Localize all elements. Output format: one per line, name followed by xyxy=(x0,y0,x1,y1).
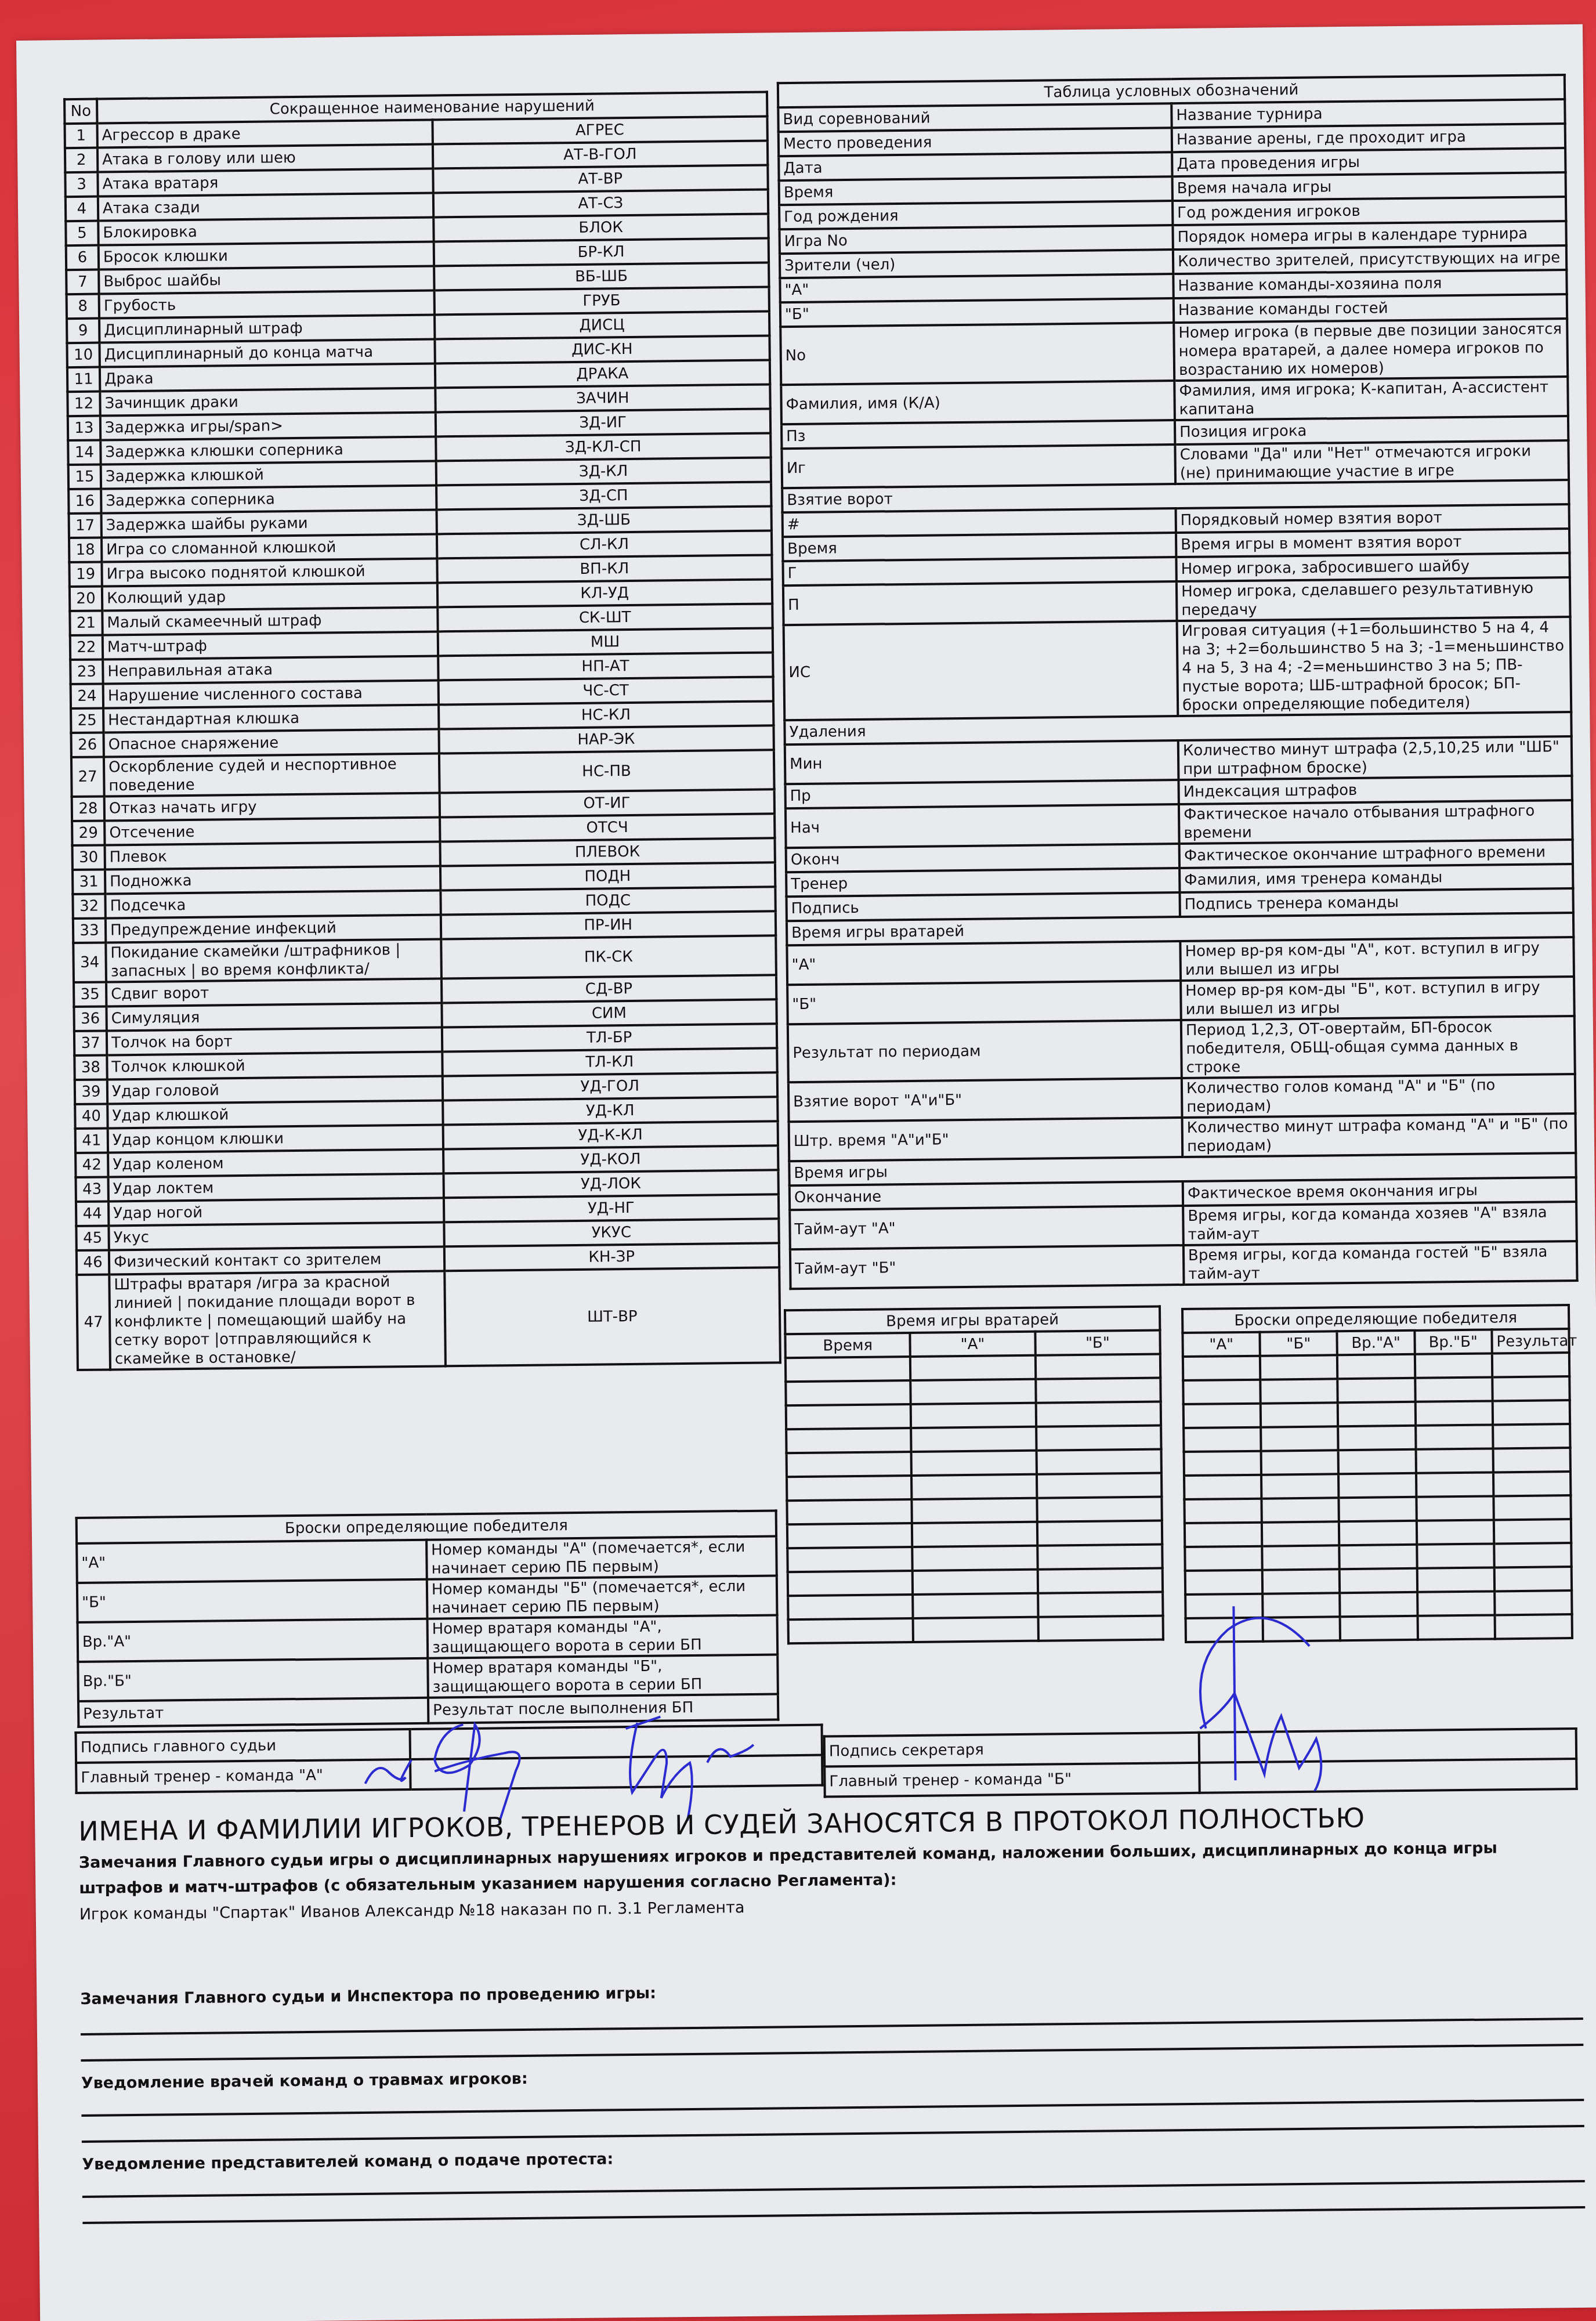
grid-cell[interactable] xyxy=(1340,1592,1418,1617)
grid-row xyxy=(786,1425,1161,1453)
grid-cell[interactable] xyxy=(1185,1594,1263,1618)
violation-number: 21 xyxy=(70,611,102,636)
grid-cell[interactable] xyxy=(1183,1356,1261,1380)
column-header: "Б" xyxy=(1035,1330,1160,1355)
legend-value: Количество минут штрафа (2,5,10,25 или "… xyxy=(1178,736,1572,780)
grid-cell[interactable] xyxy=(1415,1377,1493,1401)
violation-name: Подножка xyxy=(105,866,440,894)
violation-name: Задержка клюшки соперника xyxy=(100,436,436,464)
violation-name: Атака сзади xyxy=(98,193,433,220)
grid-cell[interactable] xyxy=(913,1546,1038,1571)
violation-code: ПОДН xyxy=(440,862,775,890)
grid-row xyxy=(788,1568,1163,1596)
violation-number: 6 xyxy=(66,245,99,270)
legend-table: Таблица условных обозначений Вид соревно… xyxy=(777,74,1579,1290)
grid-row xyxy=(1184,1424,1570,1452)
violation-code: АТ-СЗ xyxy=(433,189,768,217)
goalie-time-title: Время игры вратарей xyxy=(785,1306,1160,1334)
legend-key: Подпись xyxy=(787,892,1180,921)
grid-cell[interactable] xyxy=(1493,1472,1571,1496)
legend-value: Порядок номера игры в календаре турнира xyxy=(1172,221,1566,250)
legend-value: Номер вр-ря ком-ды "Б", кот. вступил в и… xyxy=(1181,977,1575,1020)
violation-name: Дисциплинарный до конца матча xyxy=(99,339,435,367)
violation-code: ОТСЧ xyxy=(440,814,775,841)
column-header: "Б" xyxy=(1260,1331,1338,1355)
violation-number: 32 xyxy=(73,894,105,919)
legend-value: Период 1,2,3, ОТ-овертайм, БП-бросок поб… xyxy=(1181,1016,1575,1078)
violation-name: Сдвиг ворот xyxy=(106,978,441,1006)
violation-number: 27 xyxy=(71,757,104,797)
grid-row xyxy=(1184,1400,1570,1428)
grid-cell[interactable] xyxy=(1261,1474,1339,1498)
grid-cell[interactable] xyxy=(1494,1614,1572,1639)
grid-cell[interactable] xyxy=(786,1428,911,1453)
grid-cell[interactable] xyxy=(1416,1425,1493,1449)
grid-cell[interactable] xyxy=(1337,1354,1415,1379)
legend-key: Фамилия, имя (К/А) xyxy=(781,381,1175,424)
violation-name: Выброс шайбы xyxy=(99,266,434,294)
violation-name: Неправильная атака xyxy=(103,656,438,684)
grid-cell[interactable] xyxy=(1262,1521,1340,1546)
grid-cell[interactable] xyxy=(787,1499,912,1524)
violation-name: Подсечка xyxy=(105,890,440,918)
grid-cell[interactable] xyxy=(1416,1448,1493,1473)
violation-name: Колющий удар xyxy=(102,583,437,610)
violation-number: 44 xyxy=(76,1201,108,1226)
legend-value: Фактическое время окончания игры xyxy=(1183,1177,1576,1206)
grid-row xyxy=(787,1449,1161,1477)
grid-cell[interactable] xyxy=(1339,1497,1417,1521)
grid-cell[interactable] xyxy=(1494,1590,1572,1615)
violation-name: Нарушение численного состава xyxy=(103,680,439,708)
grid-cell[interactable] xyxy=(786,1380,911,1405)
violation-name: Игра высоко поднятой клюшкой xyxy=(102,558,437,586)
legend-value: Номер игрока, сделавшего результативную … xyxy=(1177,577,1570,621)
grid-cell[interactable] xyxy=(1260,1355,1338,1379)
grid-cell[interactable] xyxy=(1262,1498,1340,1522)
grid-row xyxy=(1184,1495,1570,1523)
grid-cell[interactable] xyxy=(1184,1475,1262,1499)
grid-cell[interactable] xyxy=(786,1357,911,1382)
grid-cell[interactable] xyxy=(1416,1496,1494,1520)
grid-cell[interactable] xyxy=(912,1498,1037,1523)
violation-name: Удар головой xyxy=(107,1076,443,1104)
violation-code: УКУС xyxy=(444,1219,779,1246)
violation-number: 37 xyxy=(74,1031,107,1055)
grid-cell[interactable] xyxy=(1340,1616,1418,1640)
shootout-legend-value: Результат после выполнения БП xyxy=(428,1694,778,1723)
head-referee-label: Подпись главного судьи xyxy=(76,1729,411,1763)
violation-number: 7 xyxy=(66,270,99,295)
goalie-time-table: Время игры вратарей Время"А""Б" xyxy=(784,1305,1164,1644)
violation-row: 34Покидание скамейки /штрафников | запас… xyxy=(73,935,776,982)
grid-cell[interactable] xyxy=(1493,1424,1570,1448)
violation-number: 34 xyxy=(73,942,106,982)
violation-name: Толчок на борт xyxy=(107,1027,442,1055)
inspector-remarks-line-1[interactable] xyxy=(81,2018,1583,2036)
violation-name: Матч-штраф xyxy=(103,631,438,659)
violation-name: Задержка соперника xyxy=(101,485,436,513)
grid-cell[interactable] xyxy=(1262,1569,1340,1593)
grid-cell[interactable] xyxy=(911,1427,1036,1452)
grid-row xyxy=(787,1496,1161,1524)
grid-cell[interactable] xyxy=(1415,1401,1493,1425)
violation-code: ТЛ-КЛ xyxy=(442,1048,777,1076)
violation-row: 27Оскорбление судей и неспортивное повед… xyxy=(71,750,775,797)
secretary-label: Подпись секретаря xyxy=(824,1733,1200,1767)
grid-cell[interactable] xyxy=(1260,1379,1338,1403)
grid-cell[interactable] xyxy=(911,1451,1037,1476)
grid-cell[interactable] xyxy=(788,1618,914,1643)
grid-cell[interactable] xyxy=(1036,1401,1161,1426)
grid-row xyxy=(786,1354,1160,1382)
column-header: Вр."Б" xyxy=(1414,1329,1492,1354)
legend-value: Порядковый номер взятия ворот xyxy=(1176,504,1569,533)
grid-cell[interactable] xyxy=(1261,1426,1338,1451)
grid-cell[interactable] xyxy=(1037,1520,1162,1545)
grid-cell[interactable] xyxy=(911,1403,1036,1428)
grid-cell[interactable] xyxy=(912,1522,1037,1547)
grid-cell[interactable] xyxy=(1493,1448,1570,1472)
grid-cell[interactable] xyxy=(1339,1521,1417,1545)
grid-cell[interactable] xyxy=(1492,1400,1570,1425)
violation-number: 15 xyxy=(68,465,101,490)
grid-cell[interactable] xyxy=(1340,1545,1417,1569)
grid-cell[interactable] xyxy=(1185,1570,1263,1595)
violation-code: СЛ-КЛ xyxy=(436,530,772,558)
grid-cell[interactable] xyxy=(1038,1615,1163,1640)
grid-cell[interactable] xyxy=(1338,1473,1416,1498)
grid-cell[interactable] xyxy=(1037,1568,1163,1593)
violation-code: УД-КОЛ xyxy=(443,1145,779,1173)
grid-cell[interactable] xyxy=(1184,1499,1262,1523)
violation-number: 38 xyxy=(74,1055,107,1080)
protest-line-1[interactable] xyxy=(82,2180,1585,2198)
grid-cell[interactable] xyxy=(1417,1567,1494,1592)
violation-number: 16 xyxy=(68,489,101,514)
grid-cell[interactable] xyxy=(1036,1449,1161,1474)
violation-number: 2 xyxy=(65,148,97,173)
grid-cell[interactable] xyxy=(1183,1380,1261,1404)
violation-code: ЗД-КЛ-СП xyxy=(436,433,771,461)
secretary-signature-field[interactable] xyxy=(1199,1729,1577,1763)
legend-value: Номер игрока (в первые две позиции занос… xyxy=(1174,319,1568,381)
grid-row xyxy=(1184,1448,1570,1476)
legend-value: Фактическое окончание штрафного времени xyxy=(1179,840,1573,868)
coach-a-signature-field[interactable] xyxy=(410,1755,823,1789)
injuries-heading: Уведомление врачей команд о травмах игро… xyxy=(81,2055,1566,2096)
violation-code: УД-НГ xyxy=(443,1194,779,1222)
grid-cell[interactable] xyxy=(1035,1354,1160,1379)
legend-value: Словами "Да" или "Нет" отмечаются игроки… xyxy=(1175,440,1569,484)
grid-row xyxy=(787,1544,1162,1572)
violation-code: НС-КЛ xyxy=(439,701,774,729)
violation-code: ЗД-ИГ xyxy=(435,408,770,436)
grid-cell[interactable] xyxy=(911,1379,1036,1404)
legend-value: Подпись тренера команды xyxy=(1179,888,1573,917)
legend-key: Время xyxy=(779,176,1172,205)
violation-number: 12 xyxy=(67,392,100,417)
grid-cell[interactable] xyxy=(1185,1546,1262,1571)
violation-number: 8 xyxy=(67,294,99,319)
violation-name: Атака вратаря xyxy=(97,168,433,196)
violation-code: МШ xyxy=(437,628,773,656)
legend-value: Позиция игрока xyxy=(1175,416,1568,444)
legend-value: Количество зрителей, присутствующих на и… xyxy=(1173,245,1566,274)
violation-code: СК-ШТ xyxy=(437,603,773,631)
violation-code: ЗД-КЛ xyxy=(436,457,771,485)
legend-value: Время игры, когда команда хозяев "А" взя… xyxy=(1183,1202,1577,1245)
legend-key: Нач xyxy=(786,804,1179,848)
violation-code: СД-ВР xyxy=(441,975,776,1003)
shootout-legend-row: "Б"Номер команды "Б" (помечается*, если … xyxy=(77,1575,777,1622)
violation-name: Нестандартная клюшка xyxy=(103,704,439,732)
violation-code: ШТ-ВР xyxy=(444,1267,780,1366)
violation-name: Отсечение xyxy=(104,817,440,845)
grid-row xyxy=(1185,1519,1571,1547)
grid-row xyxy=(1186,1614,1572,1642)
legend-key: Время xyxy=(783,533,1176,561)
legend-value: Фактическое начало отбывания штрафного в… xyxy=(1179,800,1573,844)
grid-cell[interactable] xyxy=(1261,1450,1339,1474)
shootout-legend-row: Вр."Б"Номер вратаря команды "Б", защищаю… xyxy=(78,1654,778,1701)
violation-name: Удар клюшкой xyxy=(107,1100,443,1128)
violation-number: 26 xyxy=(71,732,103,757)
legend-key: Оконч xyxy=(786,844,1179,872)
grid-cell[interactable] xyxy=(913,1617,1038,1642)
grid-cell[interactable] xyxy=(1338,1426,1416,1450)
legend-key: Результат по периодам xyxy=(788,1020,1182,1082)
violation-number: 39 xyxy=(75,1079,107,1104)
violation-code: ЗД-СП xyxy=(436,482,772,509)
violation-name: Удар локтем xyxy=(108,1173,444,1201)
legend-value: Количество минут штрафа команд "А" и "Б"… xyxy=(1182,1113,1576,1157)
violation-number: 14 xyxy=(68,440,100,465)
grid-cell[interactable] xyxy=(1037,1544,1163,1569)
grid-cell[interactable] xyxy=(1036,1425,1161,1450)
violation-code: ДРАКА xyxy=(435,360,770,388)
violation-number: 18 xyxy=(69,538,102,563)
discipline-remarks-entry[interactable]: Игрок команды "Спартак" Иванов Александр… xyxy=(79,1899,745,1924)
violation-code: АТ-ВР xyxy=(433,165,768,193)
violation-name: Зачинщик драки xyxy=(100,388,435,415)
grid-row xyxy=(1185,1590,1572,1618)
violation-number: 9 xyxy=(67,319,99,344)
grid-cell[interactable] xyxy=(1036,1378,1161,1402)
grid-cell[interactable] xyxy=(910,1355,1036,1380)
violation-code: ПЛЕВОК xyxy=(440,838,775,866)
grid-cell[interactable] xyxy=(1417,1591,1495,1615)
violation-code: ПР-ИН xyxy=(440,911,776,939)
legend-key: Иг xyxy=(781,444,1175,488)
legend-row: NoНомер игрока (в первые две позиции зан… xyxy=(780,319,1568,385)
violation-number: 1 xyxy=(65,124,97,149)
grid-cell[interactable] xyxy=(1262,1593,1340,1617)
violation-name: Физический контакт со зрителем xyxy=(109,1246,444,1274)
legend-value: Время игры в момент взятия ворот xyxy=(1176,529,1569,557)
grid-cell[interactable] xyxy=(1417,1543,1494,1568)
grid-cell[interactable] xyxy=(1492,1376,1570,1401)
violation-name: Предупреждение инфекций xyxy=(106,914,441,942)
legend-key: Тайм-аут "А" xyxy=(790,1206,1184,1249)
shootout-legend-key: Результат xyxy=(78,1698,428,1727)
grid-cell[interactable] xyxy=(911,1474,1037,1499)
violation-code: НАР-ЭК xyxy=(439,725,774,753)
violation-number: 4 xyxy=(66,197,98,222)
legend-key: Штр. время "А"и"Б" xyxy=(789,1118,1183,1161)
legend-value: Номер вр-ря ком-ды "А", кот. вступил в и… xyxy=(1180,937,1574,981)
grid-cell[interactable] xyxy=(1184,1451,1262,1476)
grid-cell[interactable] xyxy=(787,1547,913,1572)
violation-name: Удар концом клюшки xyxy=(108,1125,443,1152)
grid-cell[interactable] xyxy=(787,1476,912,1501)
violation-number: 42 xyxy=(75,1152,108,1177)
legend-value: Количество голов команд "А" и "Б" (по пе… xyxy=(1182,1074,1576,1118)
violation-name: Задержка клюшкой xyxy=(101,461,436,489)
grid-cell[interactable] xyxy=(1494,1519,1572,1543)
violation-number: 45 xyxy=(76,1225,108,1250)
grid-cell[interactable] xyxy=(787,1523,913,1548)
legend-key: Тайм-аут "Б" xyxy=(790,1245,1184,1289)
legend-key: Окончание xyxy=(790,1181,1183,1210)
head-referee-signature-field[interactable] xyxy=(410,1725,823,1759)
grid-cell[interactable] xyxy=(1338,1402,1416,1426)
grid-cell[interactable] xyxy=(1416,1520,1494,1544)
violation-code: УД-КЛ xyxy=(443,1097,778,1125)
grid-cell[interactable] xyxy=(1493,1495,1571,1520)
violation-number: 3 xyxy=(65,172,97,197)
grid-cell[interactable] xyxy=(1037,1473,1162,1498)
violation-code: АГРЕС xyxy=(432,116,768,144)
coach-b-label: Главный тренер - команда "Б" xyxy=(824,1763,1200,1797)
legend-value: Фамилия, имя игрока; К-капитан, А-ассист… xyxy=(1174,377,1568,420)
legend-value: Название арены, где проходит игра xyxy=(1172,124,1565,152)
legend-key: ИС xyxy=(784,621,1178,720)
violation-name: Отказ начать игру xyxy=(104,793,440,820)
grid-cell[interactable] xyxy=(1417,1615,1495,1639)
violation-number: 10 xyxy=(67,343,99,368)
grid-cell[interactable] xyxy=(913,1593,1038,1618)
grid-cell[interactable] xyxy=(1262,1545,1340,1570)
legend-key: Год рождения xyxy=(779,201,1172,229)
protest-line-2[interactable] xyxy=(82,2206,1585,2224)
violation-number: 43 xyxy=(76,1177,108,1202)
violation-number: 20 xyxy=(70,587,102,612)
shootout-legend-row: "А"Номер команды "А" (помечается*, если … xyxy=(77,1536,777,1583)
shootout-legend-table: Броски определяющие победителя "А"Номер … xyxy=(75,1509,780,1728)
grid-cell[interactable] xyxy=(1494,1567,1572,1591)
legend-key: Место проведения xyxy=(779,128,1172,156)
violation-name: Бросок клюшки xyxy=(99,241,434,269)
shootout-legend-value: Номер команды "А" (помечается*, если нач… xyxy=(426,1536,777,1579)
grid-cell[interactable] xyxy=(788,1595,913,1619)
legend-value: Фамилия, имя тренера команды xyxy=(1179,864,1573,892)
grid-cell[interactable] xyxy=(1414,1353,1492,1378)
shootout-legend-row: Вр."А"Номер вратаря команды "А", защищаю… xyxy=(78,1615,778,1662)
shootout-legend-key: Вр."А" xyxy=(78,1619,428,1662)
violation-code: КН-ЗР xyxy=(444,1243,779,1271)
violation-number: 31 xyxy=(73,869,105,894)
legend-key: Г xyxy=(783,557,1176,585)
grid-cell[interactable] xyxy=(787,1452,912,1477)
violation-number: 47 xyxy=(77,1274,110,1370)
coach-b-signature-field[interactable] xyxy=(1199,1759,1577,1793)
violation-name: Удар ногой xyxy=(108,1198,444,1225)
legend-value: Номер игрока, забросившего шайбу xyxy=(1176,553,1569,581)
grid-cell[interactable] xyxy=(1263,1617,1341,1641)
grid-cell[interactable] xyxy=(1186,1618,1264,1642)
column-header: Вр."А" xyxy=(1337,1331,1415,1355)
grid-cell[interactable] xyxy=(788,1571,913,1596)
violation-number: 24 xyxy=(71,684,103,708)
grid-cell[interactable] xyxy=(1184,1404,1261,1428)
grid-cell[interactable] xyxy=(1338,1449,1416,1474)
shootout-legend-key: "Б" xyxy=(77,1579,428,1622)
grid-cell[interactable] xyxy=(1494,1543,1572,1567)
grid-cell[interactable] xyxy=(1037,1496,1162,1521)
grid-cell[interactable] xyxy=(1261,1402,1338,1427)
violation-name: Атака в голову или шею xyxy=(97,144,433,172)
grid-cell[interactable] xyxy=(1338,1378,1416,1402)
grid-cell[interactable] xyxy=(1492,1353,1570,1377)
violation-number: 5 xyxy=(66,221,98,246)
legend-key: "А" xyxy=(780,274,1173,302)
grid-cell[interactable] xyxy=(1038,1592,1163,1617)
violation-name: Грубость xyxy=(99,290,435,318)
discipline-remarks-heading: Замечания Главного судьи игры о дисципли… xyxy=(79,1835,1565,1901)
violation-number: 22 xyxy=(70,635,103,660)
grid-cell[interactable] xyxy=(1184,1427,1261,1452)
violation-code: АТ-В-ГОЛ xyxy=(432,140,768,168)
grid-cell[interactable] xyxy=(786,1404,911,1429)
legend-value: Название команды-хозяина поля xyxy=(1173,270,1566,298)
legend-value: Игровая ситуация (+1=большинство 5 на 4,… xyxy=(1177,617,1572,716)
grid-cell[interactable] xyxy=(1340,1568,1417,1593)
violations-table: No Сокращенное наименование нарушений 1А… xyxy=(63,91,781,1371)
violation-code: БЛОК xyxy=(433,214,769,241)
violation-name: Удар коленом xyxy=(108,1149,443,1177)
grid-row xyxy=(1185,1543,1571,1571)
violation-number: 46 xyxy=(77,1250,109,1275)
legend-key: # xyxy=(783,508,1176,537)
violation-code: БР-КЛ xyxy=(433,238,769,266)
shootout-legend-value: Номер команды "Б" (помечается*, если нач… xyxy=(427,1575,777,1618)
legend-key: П xyxy=(783,581,1177,625)
violation-name: Толчок клюшкой xyxy=(107,1051,442,1079)
violation-number: 41 xyxy=(75,1128,108,1153)
inspector-remarks-heading: Замечания Главного судьи и Инспектора по… xyxy=(80,1971,1565,2012)
violation-number: 30 xyxy=(73,845,105,870)
shootout-legend-key: "А" xyxy=(77,1540,427,1583)
violation-name: Драка xyxy=(100,363,435,391)
grid-row xyxy=(786,1378,1160,1405)
injuries-line-1[interactable] xyxy=(81,2099,1584,2117)
violation-code: НП-АТ xyxy=(438,652,773,680)
violation-name: Дисциплинарный штраф xyxy=(99,314,435,342)
violation-code: ОТ-ИГ xyxy=(439,789,775,817)
grid-row xyxy=(788,1592,1163,1619)
violation-name: Плевок xyxy=(105,841,440,869)
signatures-left: Подпись главного судьи Главный тренер - … xyxy=(75,1724,824,1795)
grid-cell[interactable] xyxy=(1416,1472,1494,1496)
grid-cell[interactable] xyxy=(913,1570,1038,1595)
violation-name: Симуляция xyxy=(106,1003,441,1031)
legend-key: Вид соревнований xyxy=(778,103,1171,132)
legend-key: Дата xyxy=(779,152,1172,180)
violation-code: УД-ГОЛ xyxy=(442,1072,777,1100)
grid-cell[interactable] xyxy=(1185,1523,1262,1547)
violation-code: УД-К-КЛ xyxy=(443,1121,778,1149)
